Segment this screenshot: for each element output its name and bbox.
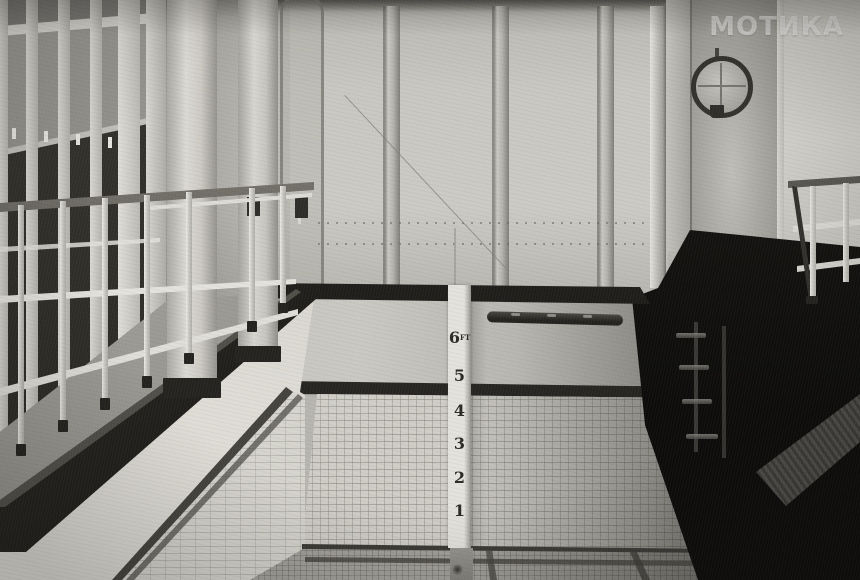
clock-horizontal-bar [698, 85, 746, 87]
gauge-mark-5ft: 5 [448, 368, 471, 384]
railing-post-3 [102, 198, 108, 410]
wall-fitting-2 [295, 197, 308, 218]
railing-post-2-base [58, 420, 68, 432]
railing-post-1-base [16, 444, 26, 456]
gauge-mark-6ft: 6FT [448, 330, 471, 346]
grab-bar-highlight-3 [583, 315, 592, 318]
pool-ladder-rail-right [722, 326, 726, 458]
railing-post-5-base [184, 353, 194, 364]
clock-stem [710, 105, 724, 118]
pool-ladder-rail-left [694, 322, 698, 452]
pool-ladder-rung-1 [676, 333, 706, 338]
gauge-shadow-on-tiles [471, 300, 487, 548]
pool-ladder-rung-3 [682, 399, 712, 404]
bulkhead-rib-3 [597, 6, 614, 288]
railing-post-2 [60, 201, 66, 432]
depth-gauge-base-smudge [452, 564, 463, 575]
railing-post-6-base [247, 321, 257, 332]
cubicle-mullion-2 [26, 0, 38, 432]
railing-post-6 [249, 188, 255, 332]
column-small-base [235, 346, 281, 362]
door-latch-4 [108, 137, 112, 148]
cubicle-mullion-1 [0, 0, 8, 432]
grab-bar-highlight-1 [511, 313, 520, 316]
column-large-base [163, 378, 221, 398]
railing-post-5 [186, 192, 192, 364]
gauge-mark-1ft: 1 [448, 503, 471, 519]
rivet-row-1 [318, 222, 648, 224]
railing-post-4 [144, 195, 150, 388]
railing-post-3-base [100, 398, 110, 410]
door-latch-1 [12, 128, 16, 139]
gauge-mark-3ft: 3 [448, 436, 471, 452]
bulkhead-rib-2 [492, 6, 509, 288]
railing-post-7 [280, 186, 286, 313]
arch-doorway [280, 0, 324, 289]
right-railing-post-1 [810, 186, 816, 302]
bulkhead-corner-rib [650, 6, 666, 288]
right-corner-wall [666, 0, 690, 252]
cubicle-pilaster [118, 0, 140, 380]
railing-post-4-base [142, 376, 152, 388]
grab-bar-highlight-2 [547, 314, 556, 317]
watermark: МОТИКА [709, 12, 844, 42]
photo-scene: 6FT 5 4 3 2 1 [0, 0, 860, 580]
column-small [238, 0, 278, 350]
pool-ladder-rung-4 [686, 434, 718, 439]
gauge-mark-2ft: 2 [448, 470, 471, 486]
wall-fitting-2-hook [298, 218, 301, 224]
door-latch-3 [76, 134, 80, 145]
pool-depth-gauge: 6FT 5 4 3 2 1 [448, 285, 471, 548]
railing-post-1 [18, 205, 24, 456]
wall-seam-above-gauge [454, 228, 456, 286]
clock-vertical-bar [720, 63, 722, 111]
pool-ladder-rung-2 [679, 365, 709, 370]
right-railing-post-foot [806, 296, 818, 304]
railing-post-7-base [278, 303, 288, 313]
gauge-mark-4ft: 4 [448, 403, 471, 419]
right-railing-post-2 [843, 183, 849, 282]
door-latch-2 [44, 131, 48, 142]
